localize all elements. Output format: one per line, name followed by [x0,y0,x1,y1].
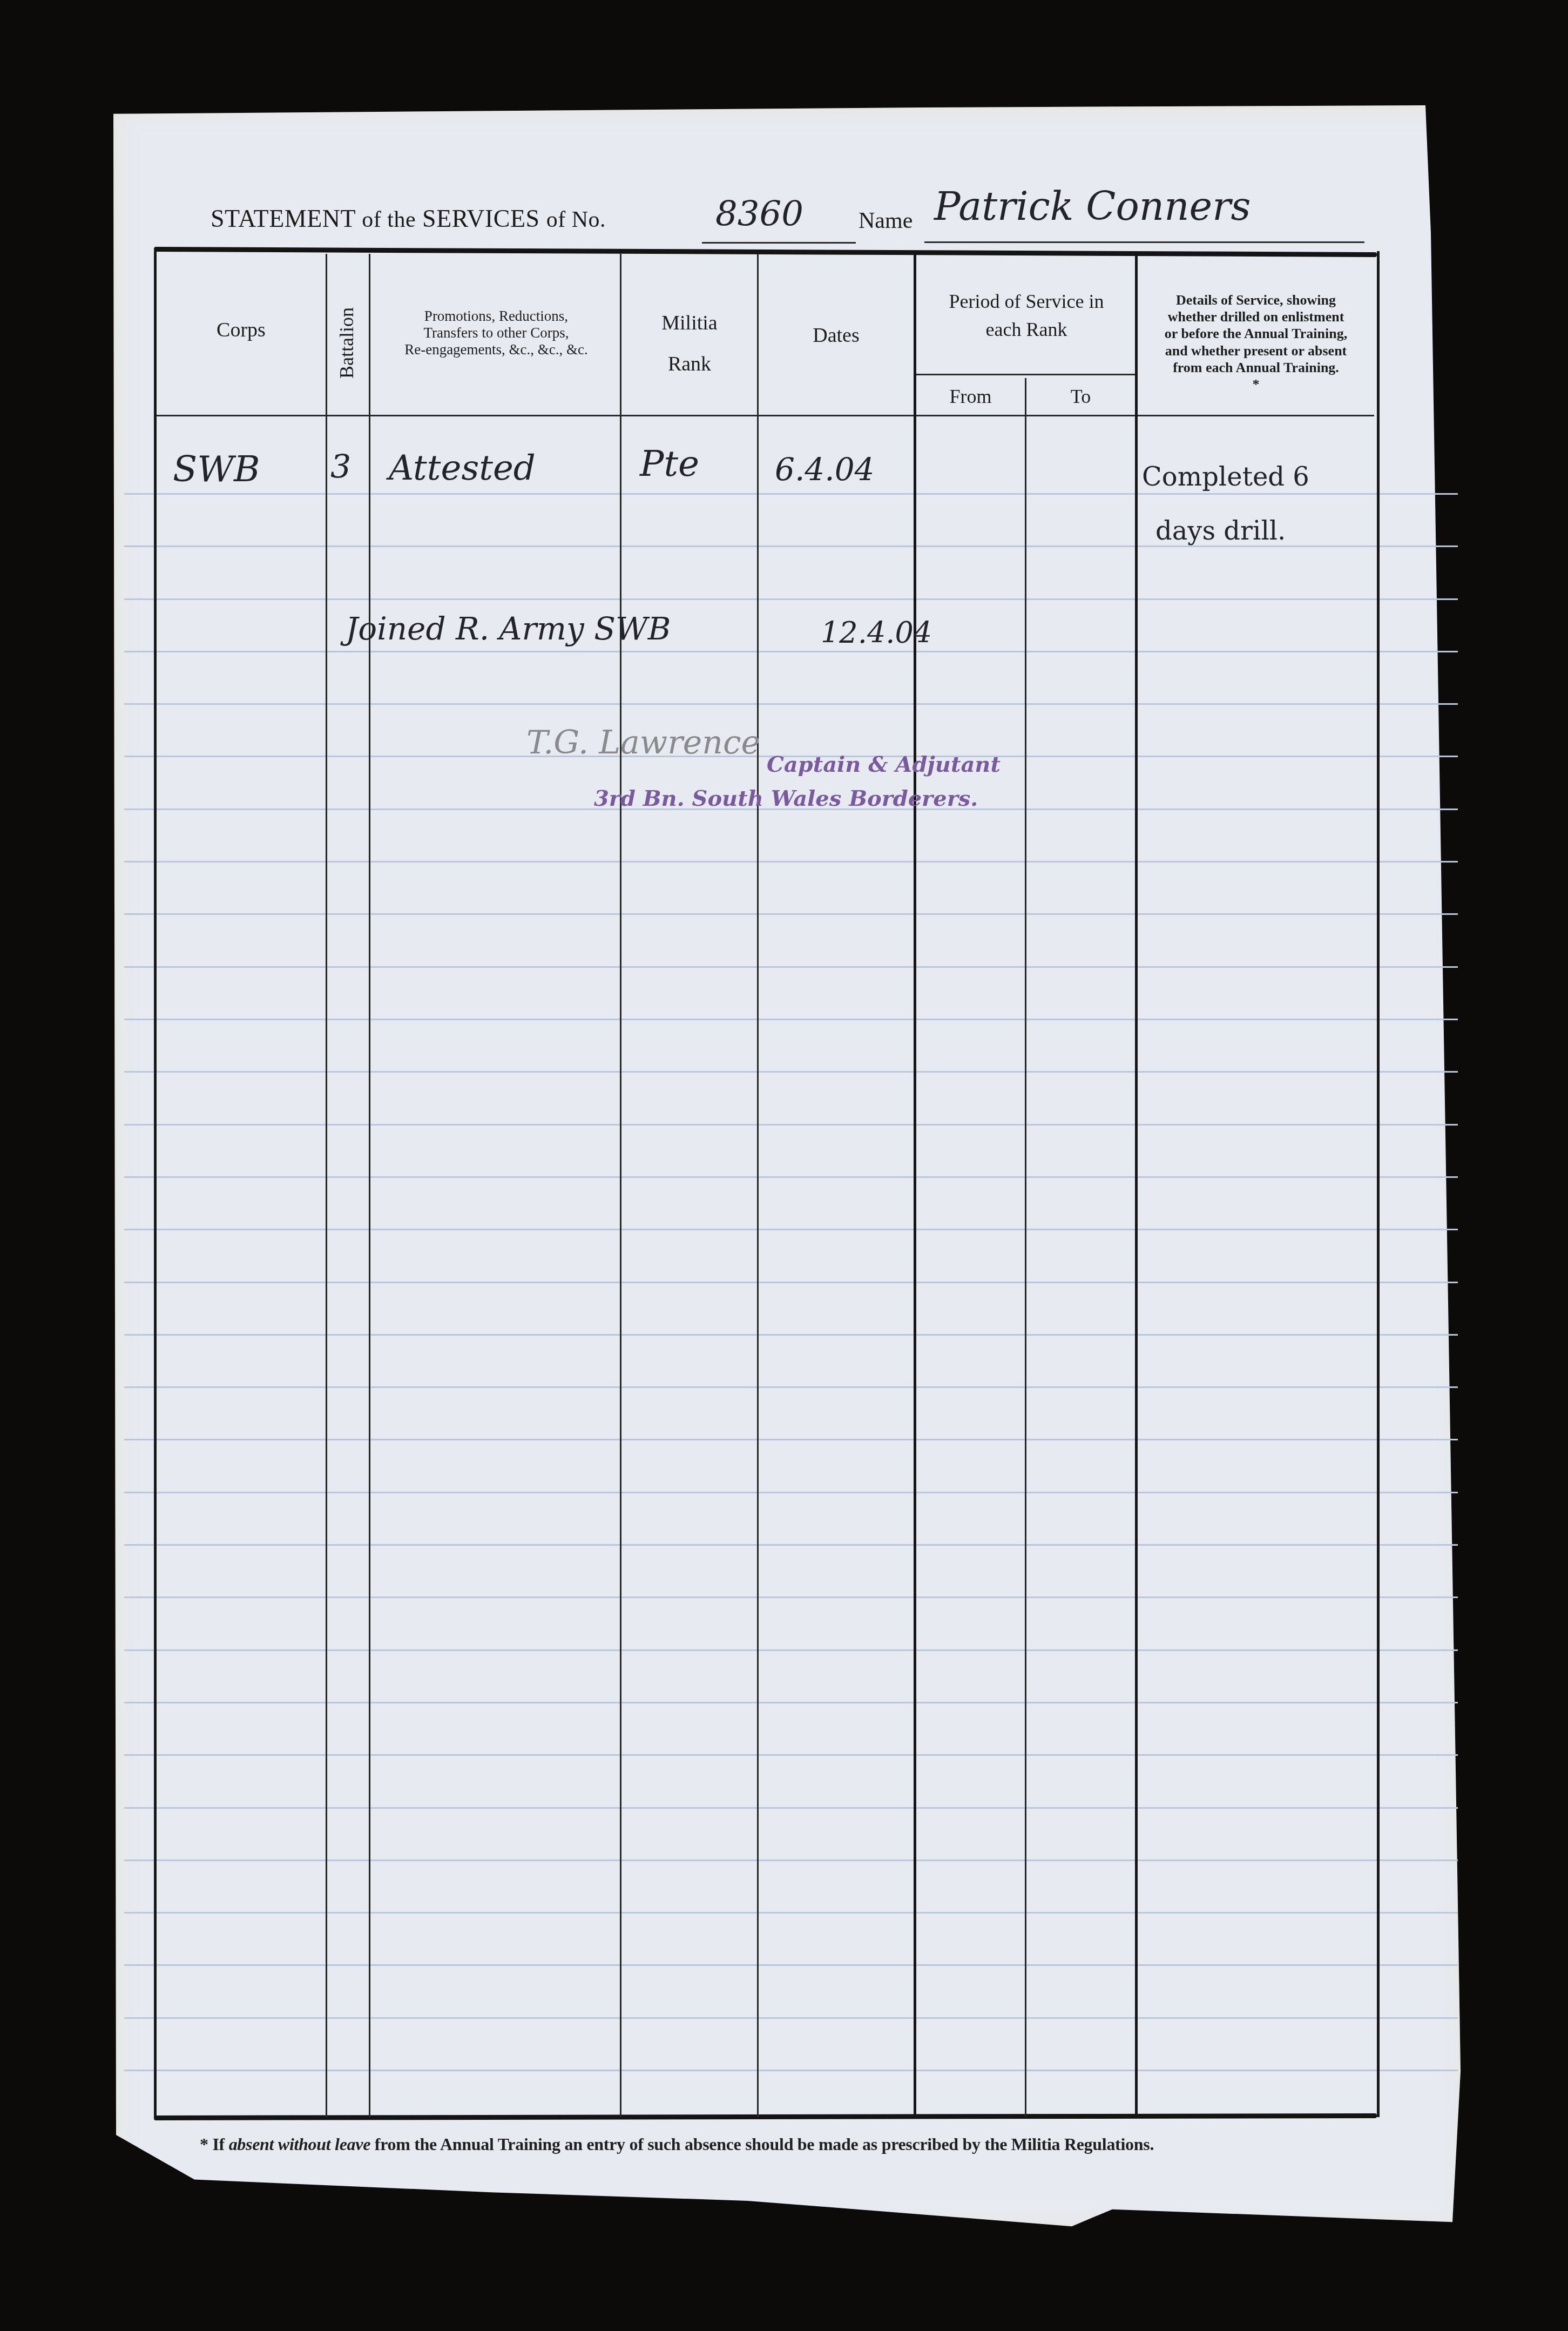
number-underline [702,242,856,244]
row1-details-line2: days drill. [1155,516,1286,546]
row1-corps: SWB [173,448,260,490]
column-divider-rank [757,254,759,2117]
name-field: Patrick Conners [934,184,1251,229]
header-details: Details of Service, showing whether dril… [1138,292,1374,393]
header-details-line: or before the Annual Training, [1138,325,1374,342]
header-promotions: Promotions, Reductions, Transfers to oth… [373,308,620,358]
header-details-line: Details of Service, showing [1138,292,1374,308]
header-details-line: from each Annual Training. [1138,359,1374,376]
row1-rank: Pte [640,443,699,484]
stamp-battalion-number: 3rd [594,786,636,811]
header-period-line: Period of Service in [916,287,1137,315]
column-divider-corps [326,254,327,2117]
footnote-text: from the Annual Training an entry of suc… [375,2134,1154,2154]
header-militia-rank: Militia Rank [622,302,757,385]
header-bottom-line [157,415,1374,416]
column-divider-promotions [620,254,621,2117]
column-divider-dates [914,254,916,2117]
header-dates: Dates [759,324,914,348]
header-period-line: each Rank [916,315,1137,343]
header-promotions-line: Promotions, Reductions, [373,308,620,325]
adjutant-signature: T.G. Lawrence [526,724,760,762]
footnote-italic: absent without leave [229,2134,370,2154]
header-details-asterisk: * [1138,376,1374,393]
header-militia-line: Militia [622,302,757,343]
header-battalion-label: Battalion [335,307,358,379]
footnote-prefix: If [212,2134,225,2154]
period-subheader-line [915,374,1137,375]
header-from: From [916,386,1025,408]
row1-details-line1: Completed 6 [1142,462,1309,492]
header-details-line: whether drilled on enlistment [1138,308,1374,325]
service-number-field: 8360 [715,194,803,234]
row2-promotions: Joined R. Army SWB [346,610,671,647]
header-corps: Corps [157,319,326,342]
row1-dates: 6.4.04 [775,451,874,488]
header-to: To [1026,386,1135,408]
column-divider-from-to [1025,378,1026,2117]
heading-services: SERVICES [422,205,540,232]
header-promotions-line: Transfers to other Corps, [373,325,620,341]
stamp-unit-name: Bn. South Wales Borderers. [643,786,978,811]
heading-of-no: of No. [546,207,606,232]
header-rank-line: Rank [622,343,757,385]
row2-dates: 12.4.04 [821,616,932,650]
header-battalion: Battalion [330,275,363,410]
footnote: * If absent without leave from the Annua… [200,2134,1154,2154]
stamp-unit: 3rd Bn. South Wales Borderers. [594,786,978,811]
stamp-title: Captain & Adjutant [767,752,1001,777]
heading-statement: STATEMENT [211,205,355,232]
header-period: Period of Service in each Rank [916,287,1137,343]
row1-battalion: 3 [330,448,351,486]
name-underline [924,241,1364,243]
column-divider-battalion [369,254,370,2117]
footnote-asterisk: * [200,2134,208,2154]
header-details-line: and whether present or absent [1138,342,1374,359]
header-promotions-line: Re-engagements, &c., &c., &c. [373,341,620,358]
heading-of-the: of the [362,207,416,232]
column-divider-to-details [1135,254,1138,2117]
name-label: Name [859,208,913,234]
row1-promotions: Attested [389,448,536,488]
page-title: STATEMENT of the SERVICES of No. [211,204,606,233]
